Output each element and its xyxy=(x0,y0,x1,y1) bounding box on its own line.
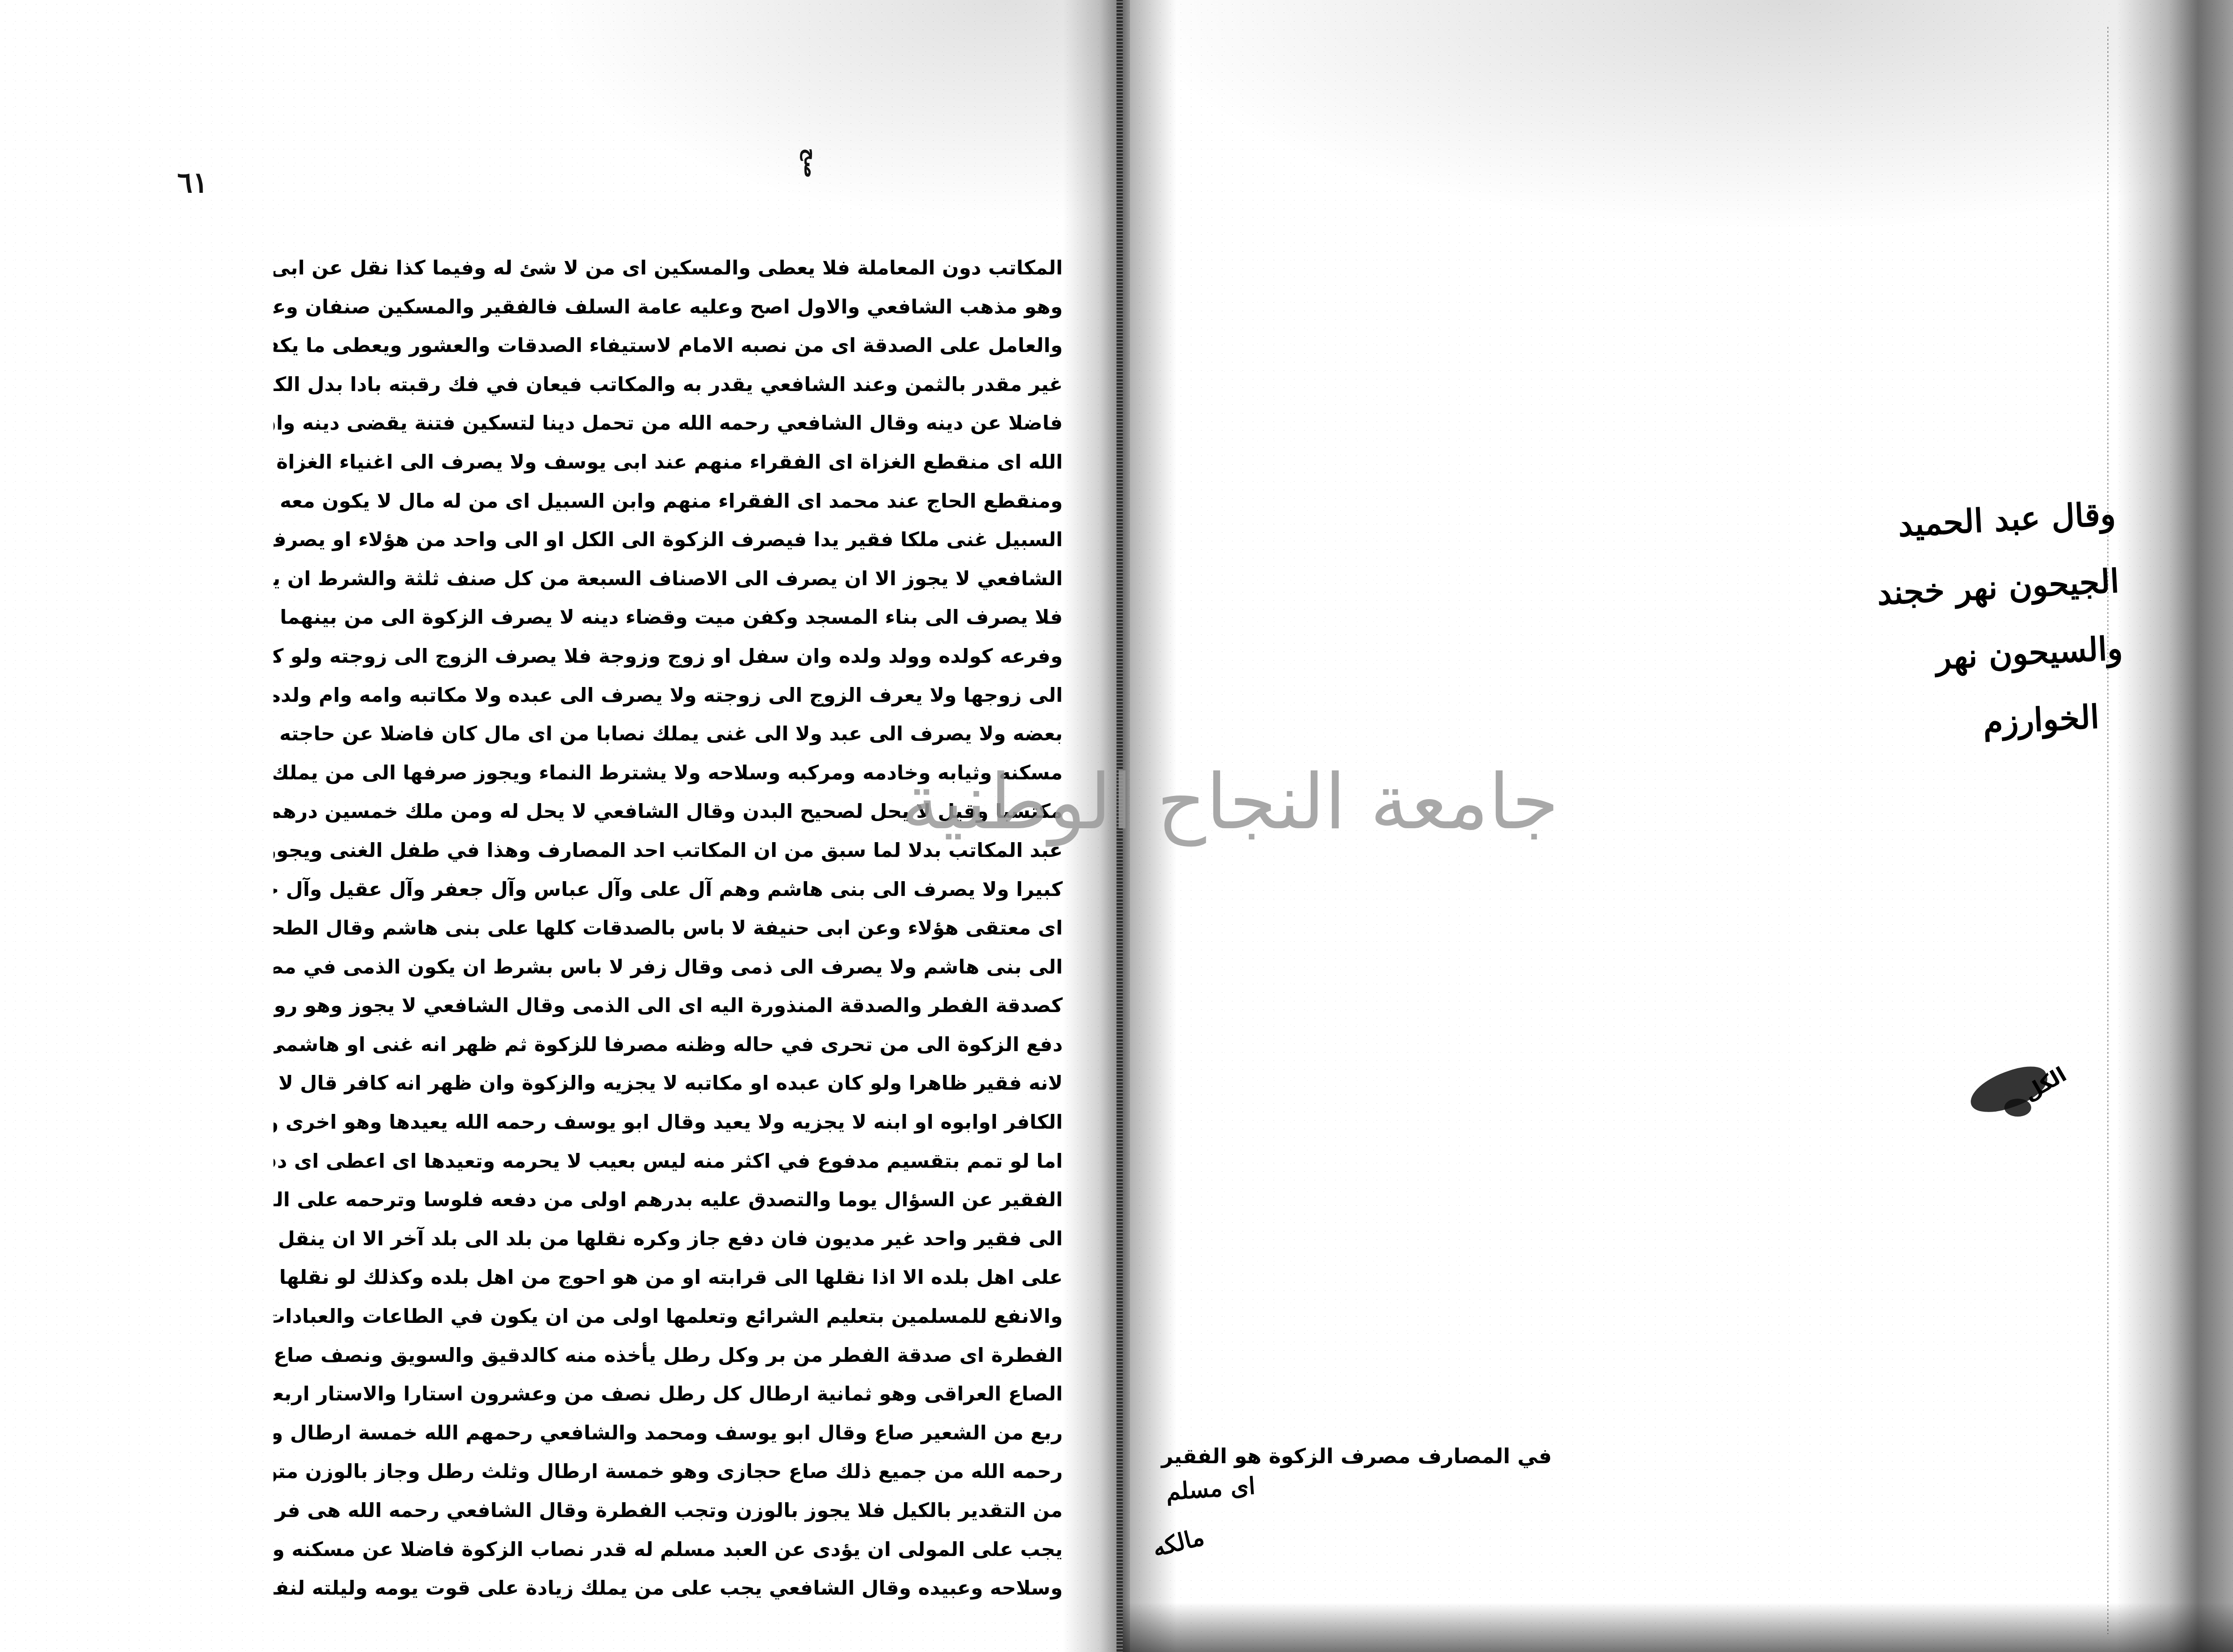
text-line: ومنقطع الحاج عند محمد اى الفقراء منهم وا… xyxy=(274,482,1063,521)
text-line: وفرعه كولده وولد ولده وان سفل او زوج وزو… xyxy=(274,637,1063,676)
text-line: المكاتب دون المعاملة فلا يعطى والمسكين ا… xyxy=(274,249,1063,288)
margin-rule-line xyxy=(2107,27,2108,1634)
text-line: لانه فقير ظاهرا ولو كان عبده او مكاتبه ل… xyxy=(274,1064,1063,1103)
marginal-gloss: وقال عبد الحميد الجيحون نهر خجند والسيحو… xyxy=(1944,480,2128,757)
margin-note-line: الجيحون نهر خجند xyxy=(1947,547,2120,623)
text-line: والانفع للمسلمين بتعليم الشرائع وتعلمها … xyxy=(274,1297,1063,1336)
text-line: السبيل غنى ملكا فقير يدا فيصرف الزكوة ال… xyxy=(274,521,1063,560)
text-line: دفع الزكوة الى من تحرى في حاله وظنه مصرف… xyxy=(274,1026,1063,1065)
text-line: رحمه الله من جميع ذلك صاع حجازى وهو خمسة… xyxy=(274,1452,1063,1491)
text-line: كصدقة الفطر والصدقة المنذورة اليه اى الى… xyxy=(274,987,1063,1026)
text-line: ربع من الشعير صاع وقال ابو يوسف ومحمد وا… xyxy=(274,1414,1063,1453)
text-line: الى بنى هاشم ولا يصرف الى ذمى وقال زفر ل… xyxy=(274,948,1063,987)
text-line: من التقدير بالكيل فلا يجوز بالوزن وتجب ا… xyxy=(274,1491,1063,1530)
margin-note-line: والسيحون نهر xyxy=(1951,614,2124,691)
text-line: وسلاحه وعبيده وقال الشافعي يجب على من يم… xyxy=(274,1569,1063,1608)
left-page: ٦١ صح المكاتب دون المعاملة فلا يعطى والم… xyxy=(0,0,1116,1652)
text-line: اى معتقى هؤلاء وعن ابى حنيفة لا باس بالص… xyxy=(274,909,1063,948)
text-line: فاضلا عن دينه وقال الشافعي رحمه الله من … xyxy=(274,404,1063,443)
text-line: بعضه ولا يصرف الى عبد ولا الى غنى يملك ن… xyxy=(274,715,1063,754)
page-bottom-edge xyxy=(1123,1603,2233,1652)
text-line: الصاع العراقى وهو ثمانية ارطال كل رطل نص… xyxy=(274,1375,1063,1414)
right-page: بحر الحطب كان اتخذ منه مضيفة او شجرة ارض… xyxy=(1116,0,2233,1652)
text-line: عبد المكاتب بدلا لما سبق من ان المكاتب ا… xyxy=(274,831,1063,870)
text-line: الشافعي لا يجوز الا ان يصرف الى الاصناف … xyxy=(274,560,1063,599)
text-line: الله اى منقطع الغزاة اى الفقراء منهم عند… xyxy=(274,443,1063,482)
margin-note-line: وقال عبد الحميد xyxy=(1944,480,2117,556)
text-line: الكافر اوابوه او ابنه لا يجزيه ولا يعيد … xyxy=(274,1103,1063,1142)
text-line: مكتسبا وقيل لا يحل لصحيح البدن وقال الشا… xyxy=(274,792,1063,831)
folio-number: ٦١ xyxy=(177,166,208,200)
last-line-catchword: في المصارف مصرف الزكوة هو الفقير xyxy=(1161,1444,1552,1468)
text-line: اما لو تمم بتقسيم مدفوع في اكثر منه ليس … xyxy=(274,1142,1063,1181)
text-line: الفطرة اى صدقة الفطر من بر وكل رطل يأخذه… xyxy=(274,1336,1063,1375)
text-line: يجب على المولى ان يؤدى عن العبد مسلم له … xyxy=(274,1530,1063,1569)
text-line: مسكنه وثيابه وخادمه ومركبه وسلاحه ولا يش… xyxy=(274,754,1063,793)
ink-stain xyxy=(2004,1099,2031,1117)
text-line: كبيرا ولا يصرف الى بنى هاشم وهم آل على و… xyxy=(274,870,1063,909)
text-line: على اهل بلده الا اذا نقلها الى قرابته او… xyxy=(274,1258,1063,1297)
left-page-text: المكاتب دون المعاملة فلا يعطى والمسكين ا… xyxy=(274,249,1063,1608)
text-line: الفقير عن السؤال يوما والتصدق عليه بدرهم… xyxy=(274,1181,1063,1220)
text-line: الى زوجها ولا يعرف الزوج الى زوجته ولا ي… xyxy=(274,676,1063,715)
text-line: فلا يصرف الى بناء المسجد وكفن ميت وقضاء … xyxy=(274,598,1063,637)
text-line: وهو مذهب الشافعي والاول اصح وعليه عامة ا… xyxy=(274,288,1063,327)
page-edge-shadow xyxy=(2116,0,2233,1652)
margin-note-line: الخوارزم xyxy=(1954,682,2128,758)
text-line: والعامل على الصدقة اى من نصبه الامام لاس… xyxy=(274,326,1063,365)
text-line: غير مقدر بالثمن وعند الشافعي يقدر به وال… xyxy=(274,365,1063,404)
text-line: الى فقير واحد غير مديون فان دفع جاز وكره… xyxy=(274,1220,1063,1259)
manuscript-scan: ٦١ صح المكاتب دون المعاملة فلا يعطى والم… xyxy=(0,0,2233,1652)
top-correction-mark: صح xyxy=(803,148,821,238)
